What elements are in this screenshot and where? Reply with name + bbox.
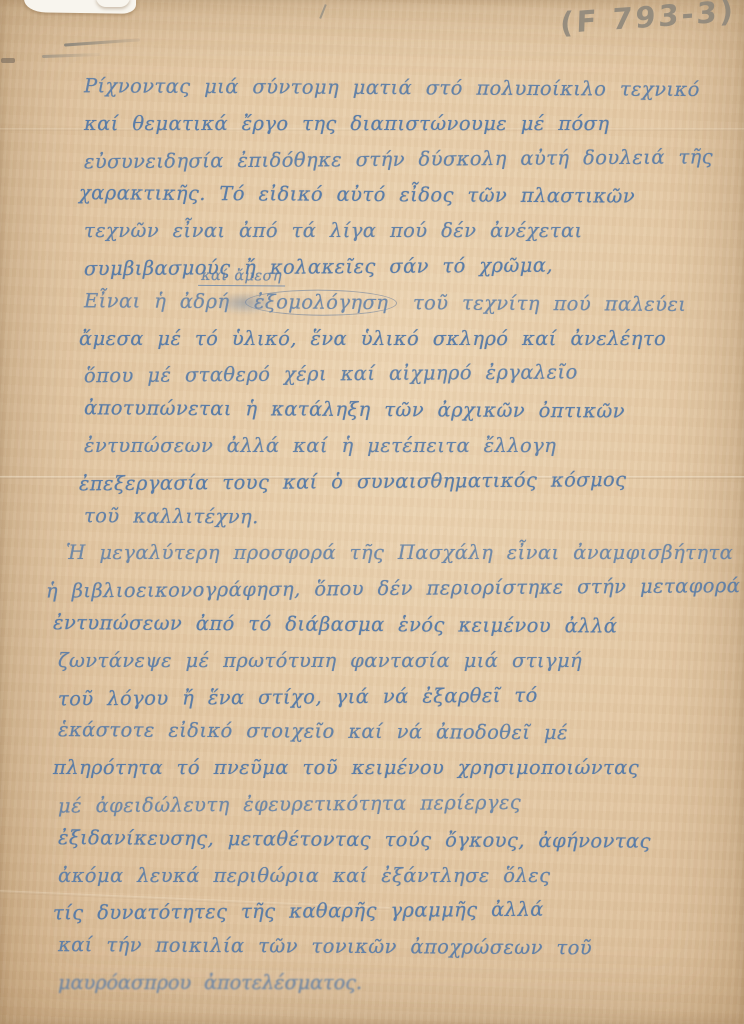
manuscript-line: τοῦ καλλιτέχνη. xyxy=(0,497,744,537)
manuscript-line: μέ ἀφειδώλευτη ἐφευρετικότητα περίεργες xyxy=(0,783,744,825)
pencil-tick-mark xyxy=(319,4,326,19)
manuscript-page: (F 793-3) Ρίχνοντας μιά σύντομη ματιά στ… xyxy=(0,0,744,1024)
line-text: ἐπεξεργασία τους καί ὁ συναισθηματικός κ… xyxy=(79,468,627,495)
line-text: ἀκόμα λευκά περιθώρια καί ἐξάντλησε ὅλες xyxy=(58,864,550,887)
line-text: ἑκάστοτε εἰδικό στοιχεῖο καί νά ἀποδοθεῖ… xyxy=(58,718,568,744)
interlinear-insertion: καί ἄμεση xyxy=(198,269,285,287)
manuscript-line: τεχνῶν εἶναι ἀπό τά λίγα πού δέν ἀνέχετα… xyxy=(0,213,744,249)
line-text: τίς δυνατότητες τῆς καθαρῆς γραμμῆς ἀλλά xyxy=(53,898,544,925)
manuscript-line: ἐντυπώσεων ἀλλά καί ἡ μετέπειτα ἔλλογη xyxy=(0,428,744,464)
manuscript-line: τίς δυνατότητες τῆς καθαρῆς γραμμῆς ἀλλά xyxy=(0,890,744,932)
line-text: ἐξιδανίκευσης, μεταθέτοντας τούς ὄγκους,… xyxy=(58,826,651,853)
line-text: συμβιβασμούς ἤ κολακεῖες σάν τό χρῶμα, xyxy=(84,254,553,281)
line-text: τεχνῶν εἶναι ἀπό τά λίγα πού δέν ἀνέχετα… xyxy=(84,219,583,242)
edge-speck xyxy=(1,58,15,63)
manuscript-line: τοῦ λόγου ἤ ἕνα στίχο, γιά νά ἐξαρθεῖ τό xyxy=(0,676,744,718)
manuscript-line-smudged: μαυρόασπρου ἀποτελέσματος. xyxy=(0,965,744,1001)
line-text: ἀποτυπώνεται ἡ κατάληξη τῶν ἀρχικῶν ὀπτι… xyxy=(84,396,625,422)
manuscript-line: ἐξιδανίκευσης, μεταθέτοντας τούς ὄγκους,… xyxy=(0,819,744,859)
line-text: πληρότητα τό πνεῦμα τοῦ κειμένου χρησιμο… xyxy=(53,756,639,779)
manuscript-line: καί τήν ποικιλία τῶν τονικῶν ἀποχρώσεων … xyxy=(0,927,744,967)
line-text: ἄμεσα μέ τό ὑλικό, ἕνα ὑλικό σκληρό καί … xyxy=(79,327,666,350)
manuscript-line: ἐντυπώσεων ἀπό τό διάβασμα ἑνός κειμένου… xyxy=(0,605,744,645)
manuscript-line: ἄμεσα μέ τό ὑλικό, ἕνα ὑλικό σκληρό καί … xyxy=(0,321,744,357)
manuscript-line-with-correction: καί ἄμεση Εἶναι ἡ ἀδρή ἐξομολόγηση τοῦ τ… xyxy=(0,283,744,323)
manuscript-line: εὐσυνειδησία ἐπιδόθηκε στήν δύσκολη αὐτή… xyxy=(0,139,744,181)
line-text: Ρίχνοντας μιά σύντομη ματιά στό πολυποίκ… xyxy=(84,74,700,101)
line-text: μαυρόασπρου ἀποτελέσματος. xyxy=(58,971,362,994)
circled-word: ἐξομολόγηση xyxy=(245,289,397,316)
line-text: χαρακτικῆς. Τό εἰδικό αὐτό εἶδος τῶν πλα… xyxy=(79,182,635,208)
manuscript-line: καί θεματικά ἔργο της διαπιστώνουμε μέ π… xyxy=(0,106,744,142)
line-text: ἡ βιβλιοεικονογράφηση, ὅπου δέν περιορίσ… xyxy=(46,574,740,602)
line-text: τοῦ καλλιτέχνη. xyxy=(84,504,259,528)
line-text: τοῦ λόγου ἤ ἕνα στίχο, γιά νά ἐξαρθεῖ τό xyxy=(58,683,538,710)
line-text: ἐντυπώσεων ἀλλά καί ἡ μετέπειτα ἔλλογη xyxy=(84,434,556,457)
line-text: καί τήν ποικιλία τῶν τονικῶν ἀποχρώσεων … xyxy=(58,933,592,959)
line-text: ἐντυπώσεων ἀπό τό διάβασμα ἑνός κειμένου… xyxy=(53,611,617,637)
line-text: καί θεματικά ἔργο της διαπιστώνουμε μέ π… xyxy=(84,112,609,135)
manuscript-line: ἡ βιβλιοεικονογράφηση, ὅπου δέν περιορίσ… xyxy=(0,568,744,610)
manuscript-line: πληρότητα τό πνεῦμα τοῦ κειμένου χρησιμο… xyxy=(0,750,744,786)
manuscript-text: Ρίχνοντας μιά σύντομη ματιά στό πολυποίκ… xyxy=(0,70,744,1001)
pencil-dash-mark xyxy=(64,38,140,46)
manuscript-line: Ρίχνοντας μιά σύντομη ματιά στό πολυποίκ… xyxy=(0,68,744,108)
manuscript-line: ζωντάνεψε μέ πρωτότυπη φαντασία μιά στιγ… xyxy=(0,643,744,679)
archive-code: (F 793-3) xyxy=(560,0,737,40)
line-text: Ἡ μεγαλύτερη προσφορά τῆς Πασχάλη εἶναι … xyxy=(66,541,733,564)
manuscript-line: συμβιβασμούς ἤ κολακεῖες σάν τό χρῶμα, xyxy=(0,246,744,288)
manuscript-line: ἀποτυπώνεται ἡ κατάληξη τῶν ἀρχικῶν ὀπτι… xyxy=(0,390,744,430)
manuscript-line: ἑκάστοτε εἰδικό στοιχεῖο καί νά ἀποδοθεῖ… xyxy=(0,712,744,752)
pencil-dash-mark xyxy=(42,53,100,58)
manuscript-line: ἀκόμα λευκά περιθώρια καί ἐξάντλησε ὅλες xyxy=(0,858,744,894)
manuscript-line: Ἡ μεγαλύτερη προσφορά τῆς Πασχάλη εἶναι … xyxy=(0,535,744,571)
line-text: εὐσυνειδησία ἐπιδόθηκε στήν δύσκολη αὐτή… xyxy=(84,145,713,173)
manuscript-line: ἐπεξεργασία τους καί ὁ συναισθηματικός κ… xyxy=(0,461,744,503)
line-text: Εἶναι ἡ ἀδρή xyxy=(84,289,230,313)
manuscript-line: χαρακτικῆς. Τό εἰδικό αὐτό εἶδος τῶν πλα… xyxy=(0,175,744,215)
line-text: ὅπου μέ σταθερό χέρι καί αἰχμηρό ἐργαλεῖ… xyxy=(84,361,578,388)
manuscript-line: ὅπου μέ σταθερό χέρι καί αἰχμηρό ἐργαλεῖ… xyxy=(0,353,744,395)
line-text: τοῦ τεχνίτη πού παλεύει xyxy=(413,291,687,316)
line-text: μέ ἀφειδώλευτη ἐφευρετικότητα περίεργες xyxy=(58,791,521,818)
line-text: ζωντάνεψε μέ πρωτότυπη φαντασία μιά στιγ… xyxy=(58,649,582,672)
